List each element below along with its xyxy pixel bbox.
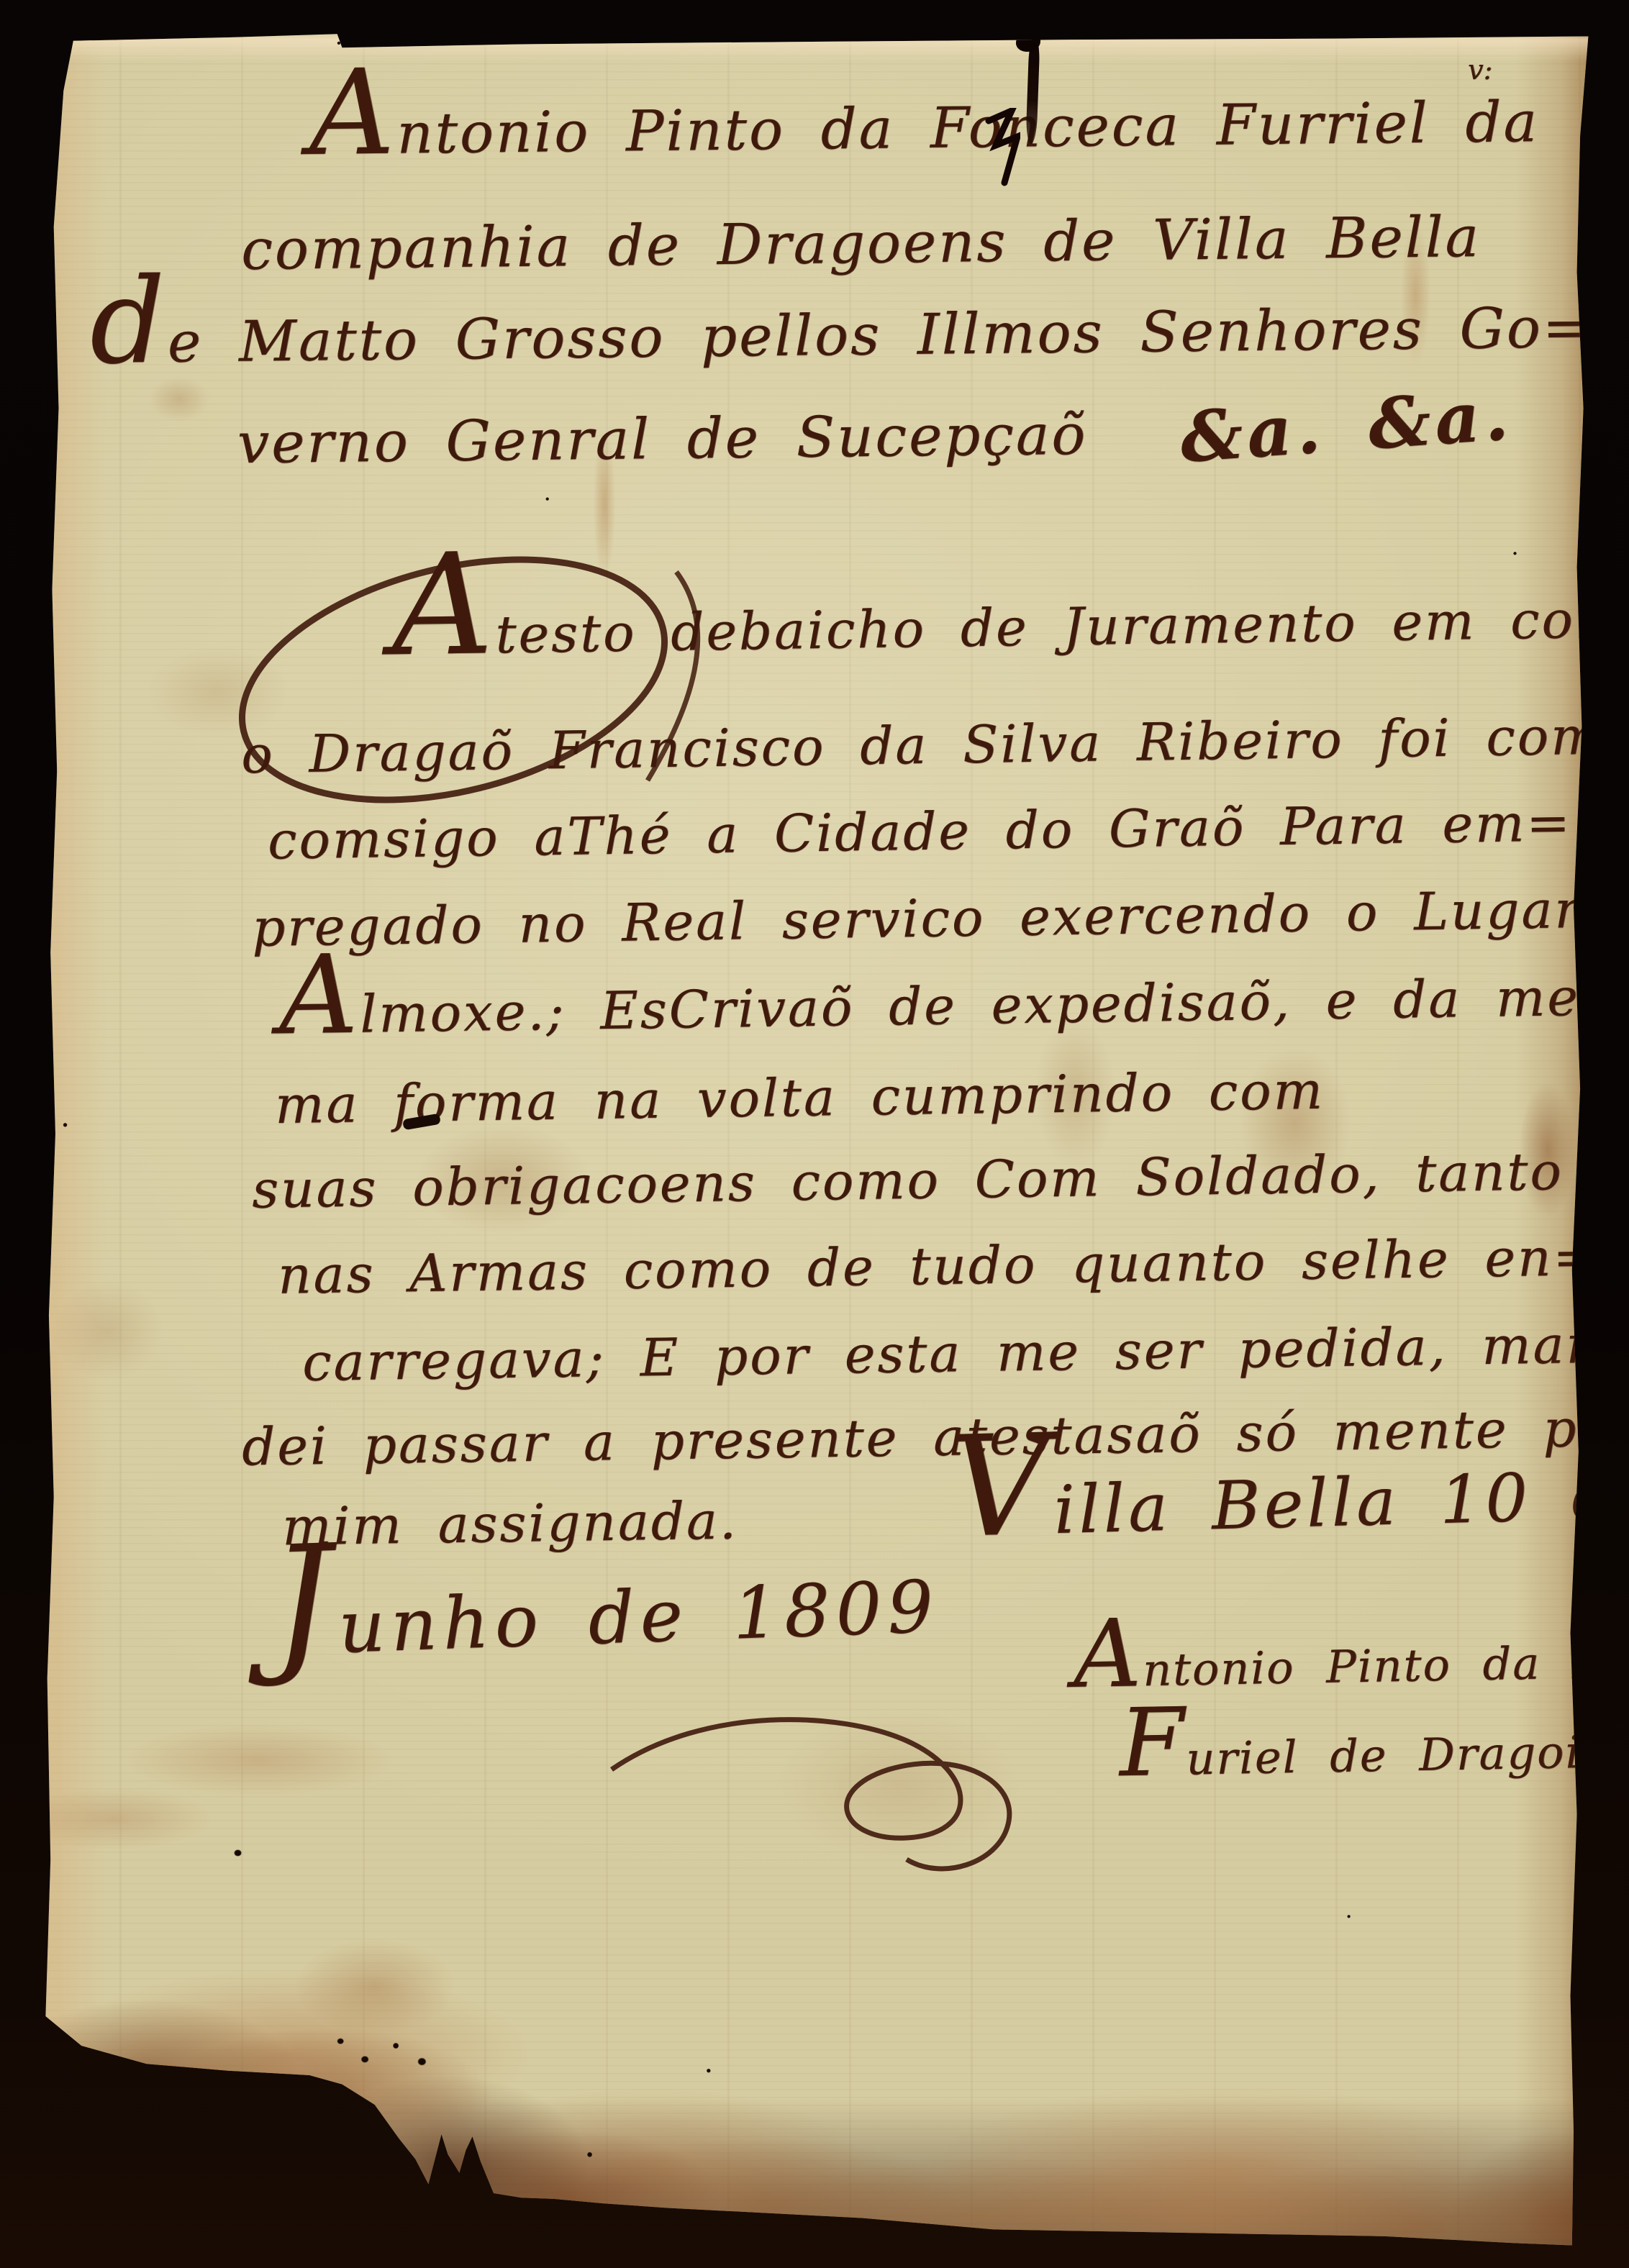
body-line-3: comsigo aThé a Cidade do Graõ Para em= [268,796,1572,866]
body-line-5: Almoxe.; EsCrivaõ de expedisaõ, e da mes… [279,970,1629,1042]
header-line-2: companhia de Dragoens de Villa Bella [241,209,1481,278]
body-line-8: nas Armas como de tudo quanto selhe en= [278,1231,1599,1301]
photo-background: Antonio Pinto da Fonceca Furriel da comp… [0,0,1629,2268]
signature-name: Antonio Pinto da Fon.ca [1074,1638,1629,1694]
body-line-11: mim assignada. [282,1495,739,1553]
header-line-1: Antonio Pinto da Fonceca Furriel da [309,94,1540,163]
margin-mark: v: [1468,56,1492,83]
paper-sheet: Antonio Pinto da Fonceca Furriel da comp… [0,0,1629,2268]
body-line-9: carregava; E por esta me ser pedida, man… [302,1318,1629,1388]
header-line-4: verno Genral de Sucepçaõ [237,407,1088,472]
body-line-4: pregado no Real servico exercendo o Luga… [252,882,1629,954]
pen-flourish [604,1712,1079,1899]
header-line-3: de Matto Grosso pellos Illmos Senhores G… [90,300,1592,372]
closing-place-date: Villa Bella 10 de [949,1462,1629,1547]
signature-title: Furiel de Dragoins [1120,1729,1629,1783]
ink-squiggle [983,108,1020,187]
etcetera-marks: &a. &a. [1178,381,1515,473]
body-line-7: suas obrigacoens como Com Soldado, tanto [252,1145,1564,1215]
closing-month-year: Junho de 1809 [271,1571,940,1666]
